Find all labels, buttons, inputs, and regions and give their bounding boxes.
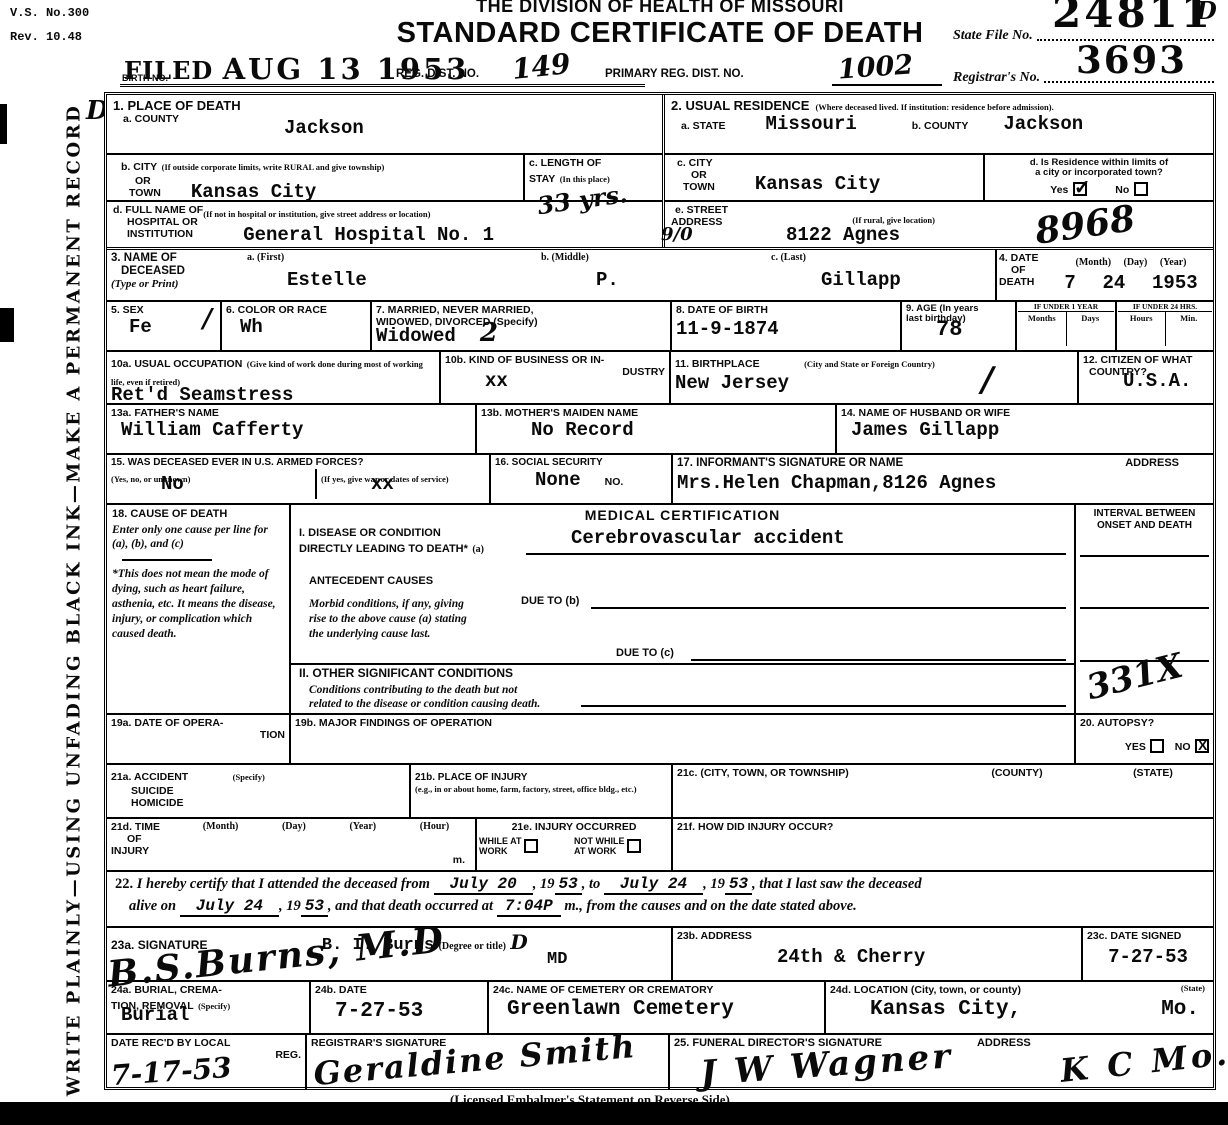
place-injury-label: 21b. PLACE OF INJURY [415, 772, 527, 783]
box-18-interval: INTERVAL BETWEEN ONSET AND DEATH 331X [1076, 505, 1213, 713]
under1yr-header: IF UNDER 1 YEAR [1018, 303, 1114, 311]
certify-19a: , 19 [533, 876, 555, 892]
cemetery-value: Greenlawn Cemetery [507, 998, 820, 1021]
occupation-value: Ret'd Seamstress [111, 384, 435, 406]
city-value: Kansas City [191, 181, 316, 203]
certify-time: 7:04P [497, 897, 561, 917]
box-19b-findings: 19b. MAJOR FINDINGS OF OPERATION [291, 715, 1076, 763]
filed-underline [120, 84, 645, 87]
race-value: Wh [240, 316, 366, 338]
box-11-birthplace: 11. BIRTHPLACE (City and State or Foreig… [671, 352, 1079, 403]
box-21d-time-of-injury: 21d. TIME OF INJURY (Month) (Day) (Year)… [107, 819, 477, 870]
certify-to-date: July 24 [604, 875, 703, 895]
state-label: a. STATE [681, 120, 726, 132]
res-city-label: c. CITY [677, 157, 977, 169]
while-at-work-label2: WORK [479, 846, 508, 856]
sex-hand-mark: / [203, 304, 213, 334]
reg-dist-value: 149 [510, 47, 572, 86]
spouse-label: 14. NAME OF HUSBAND OR WIFE [841, 407, 1209, 419]
accident-note: (Specify) [233, 772, 265, 782]
box-1a-county: 1. PLACE OF DEATH a. COUNTY Jackson [107, 95, 662, 155]
box-23a-signature: 23a. SIGNATURE B. I. Burns (Degree or ti… [107, 928, 673, 980]
injury-year-label: (Year) [349, 821, 376, 857]
morbid-note1: Morbid conditions, if any, giving [309, 598, 464, 610]
dod-year-label: (Year) [1160, 257, 1187, 268]
dod-year-value: 1953 [1152, 272, 1198, 294]
limits-yes-mark: ✓ [1074, 175, 1091, 199]
certify-text-6: m., from the causes and on the date stat… [564, 898, 856, 914]
certify-text-3: , that I last saw the deceased [752, 876, 922, 892]
box-6-race: 6. COLOR OR RACE Wh [222, 302, 372, 350]
reg-dist-label: REG. DIST. NO. [396, 68, 479, 81]
mother-label: 13b. MOTHER'S MAIDEN NAME [481, 407, 831, 419]
injury-state-label: (STATE) [1097, 767, 1209, 815]
certify-19b: , 19 [703, 876, 725, 892]
box-1b-city: b. CITY (If outside corporate limits, wr… [107, 155, 525, 200]
injury-day-label: (Day) [282, 821, 306, 857]
death-certificate-scan: V.S. No.300 Rev. 10.48 WRITE PLAINLY—USI… [0, 0, 1228, 1125]
dod-day-label: (Day) [1124, 257, 1148, 268]
months-header: Months [1018, 312, 1067, 346]
autopsy-no-checkbox: X [1195, 739, 1209, 753]
box-23b-address: 23b. ADDRESS 24th & Cherry [673, 928, 1083, 980]
box-21b-place-of-injury: 21b. PLACE OF INJURY (e.g., in or about … [411, 765, 673, 817]
physician-md: MD [547, 950, 567, 969]
dod-title3: DEATH [999, 276, 1051, 288]
box-4-date-of-death: 4. DATE OF DEATH (Month) (Day) (Year) 7 … [997, 250, 1213, 300]
accident-label2: SUICIDE [131, 785, 405, 797]
cause-a-line [526, 553, 1066, 555]
occupation-label: 10a. USUAL OCCUPATION [111, 358, 242, 370]
box-10a-occupation: 10a. USUAL OCCUPATION (Give kind of work… [107, 352, 441, 403]
limits-yes-checkbox: ✓ [1073, 182, 1087, 196]
box-20-autopsy: 20. AUTOPSY? YES NO X [1076, 715, 1213, 763]
dob-label: 8. DATE OF BIRTH [676, 304, 896, 316]
box-10b-industry: 10b. KIND OF BUSINESS OR IN- DUSTRY xx [441, 352, 671, 403]
box-21e-injury-occurred: 21e. INJURY OCCURRED WHILE ATWORK NOT WH… [477, 819, 673, 870]
interval-line-a [1080, 555, 1209, 557]
due-to-b-label: DUE TO (b) [521, 595, 579, 608]
certify-year-1: 53 [555, 875, 582, 895]
res-county-value: Jackson [1003, 113, 1083, 135]
box-24b-burial-date: 24b. DATE 7-27-53 [311, 982, 489, 1033]
state-file-label: State File No. [953, 28, 1033, 44]
first-name-value: Estelle [287, 269, 533, 291]
time-injury-label3: INJURY [111, 845, 181, 857]
registrar-no-row: Registrar's No. [953, 70, 1216, 86]
certify-number: 22. [115, 876, 133, 892]
certify-from-date: July 20 [434, 875, 533, 895]
row-sex-age: 5. SEX Fe / 6. COLOR OR RACE Wh 7. MARRI… [107, 302, 1213, 352]
section-ii-divider [291, 663, 1076, 665]
informant-value: Mrs.Helen Chapman,8126 Agnes [677, 472, 1209, 494]
date-received-value: 7-17-53 [110, 1051, 233, 1092]
cause-note1: Enter only one cause per line for (a), (… [112, 523, 284, 552]
physician-address-value: 24th & Cherry [777, 946, 1077, 968]
spouse-value: James Gillapp [851, 419, 1209, 441]
operation-date-label1: 19a. DATE OF OPERA- [111, 717, 285, 729]
physician-address-label: 23b. ADDRESS [677, 930, 1077, 942]
burial-state-label: (State) [1181, 984, 1205, 996]
other-conditions-note: Conditions contributing to the death but… [309, 683, 540, 712]
ssn-label: 16. SOCIAL SECURITY [495, 457, 603, 469]
injury-occurred-label: 21e. INJURY OCCURRED [479, 821, 669, 833]
row-name-deceased: 3. NAME OF DECEASED (Type or Print) a. (… [107, 250, 1213, 302]
certify-text-4: alive on [129, 898, 176, 914]
handwritten-mark-right: D [1196, 0, 1217, 25]
while-at-work-label1: WHILE AT [479, 836, 522, 846]
box-registrar-signature: REGISTRAR'S SIGNATURE Geraldine Smith [307, 1035, 670, 1090]
dod-month-label: (Month) [1075, 257, 1111, 268]
certify-alive-date: July 24 [180, 897, 279, 917]
box-2cd: c. CITY OR TOWN Kansas City d. Is Reside… [665, 155, 1213, 202]
cause-note2: *This does not mean the mode of dying, s… [112, 567, 284, 642]
medical-cert-title: MEDICAL CERTIFICATION [291, 507, 1074, 523]
cause-of-death-label: 18. CAUSE OF DEATH [112, 508, 284, 521]
row-medical-certification: 18. CAUSE OF DEATH Enter only one cause … [107, 505, 1213, 715]
box-2-usual-residence: 2. USUAL RESIDENCE (Where deceased lived… [665, 95, 1213, 247]
certify-year-2: 53 [725, 875, 752, 895]
operation-date-label2: TION [111, 729, 285, 741]
box-18-cause-notes: 18. CAUSE OF DEATH Enter only one cause … [107, 505, 291, 713]
certify-text-5: , and that death occurred at [328, 898, 493, 914]
box-1-place-of-death: 1. PLACE OF DEATH a. COUNTY Jackson b. C… [107, 95, 665, 247]
box-13a-father: 13a. FATHER'S NAME William Cafferty [107, 405, 477, 453]
armed-forces-label: 15. WAS DECEASED EVER IN U.S. ARMED FORC… [111, 457, 485, 469]
certify-19c: , 19 [279, 898, 301, 914]
box-25-funeral-director: 25. FUNERAL DIRECTOR'S SIGNATURE ADDRESS… [670, 1035, 1213, 1090]
document-title: STANDARD CERTIFICATE OF DEATH [390, 17, 930, 50]
box-2c-city: c. CITY OR TOWN Kansas City [665, 155, 985, 200]
box-24a-burial: 24a. BURIAL, CREMA- TION, REMOVAL (Speci… [107, 982, 311, 1033]
race-label: 6. COLOR OR RACE [226, 304, 366, 316]
box-23c-date-signed: 23c. DATE SIGNED 7-27-53 [1083, 928, 1213, 980]
limits-no-checkbox [1134, 182, 1148, 196]
not-while-label1: NOT WHILE [574, 836, 625, 846]
other-note1: Conditions contributing to the death but… [309, 684, 517, 696]
morbid-note2: rise to the above cause (a) stating [309, 613, 467, 625]
box-1c-length-of-stay: c. LENGTH OF STAY (In this place) 33 yrs… [525, 155, 662, 200]
autopsy-yes-label: YES [1125, 741, 1146, 753]
time-injury-label2: OF [127, 833, 181, 845]
injury-hour-label: (Hour) [420, 821, 449, 857]
handwritten-street-mark: 9/0 [661, 224, 693, 245]
burial-label1: 24a. BURIAL, CREMA- [111, 984, 305, 996]
last-name-value: Gillapp [821, 269, 991, 291]
scan-artifact [0, 104, 7, 144]
father-label: 13a. FATHER'S NAME [111, 407, 471, 419]
limits-yes-label: Yes [1050, 184, 1068, 196]
primary-reg-label: PRIMARY REG. DIST. NO. [605, 68, 744, 81]
certify-year-3: 53 [301, 897, 328, 917]
time-injury-label1: 21d. TIME [111, 821, 181, 833]
row-place-residence: 1. PLACE OF DEATH a. COUNTY Jackson b. C… [107, 95, 1213, 250]
burial-location-value: Kansas City, [870, 998, 1021, 1021]
form-revision: Rev. 10.48 [10, 30, 82, 44]
cause-a-value: Cerebrovascular accident [571, 527, 845, 549]
res-city-value: Kansas City [755, 173, 880, 195]
city-label-town: TOWN [129, 187, 161, 203]
interval-title1: INTERVAL BETWEEN [1079, 508, 1210, 520]
res-city-town: TOWN [683, 181, 715, 195]
box-2ab: 2. USUAL RESIDENCE (Where deceased lived… [665, 95, 1213, 155]
box-7-marital: 7. MARRIED, NEVER MARRIED, WIDOWED, DIVO… [372, 302, 672, 350]
other-conditions-line [581, 705, 1066, 707]
row-registrar: DATE REC'D BY LOCAL REG. 7-17-53 REGISTR… [107, 1035, 1213, 1090]
divider [122, 559, 212, 561]
hospital-label2: HOSPITAL OR [127, 216, 203, 228]
box-21f-how: 21f. HOW DID INJURY OCCUR? [673, 819, 1213, 870]
citizen-label1: 12. CITIZEN OF WHAT [1083, 354, 1209, 366]
box-18-medical-cert: MEDICAL CERTIFICATION I. DISEASE OR COND… [291, 505, 1076, 713]
box-9-under-24-hrs: IF UNDER 24 HRS. Hours Min. [1117, 302, 1213, 350]
autopsy-no-mark: X [1198, 737, 1207, 753]
box-21a-accident: 21a. ACCIDENT (Specify) SUICIDE HOMICIDE [107, 765, 411, 817]
degree-hand-mark: D [510, 930, 527, 954]
last-name-label: c. (Last) [771, 252, 991, 263]
row-certify-statement: 22. I hereby certify that I attended the… [107, 872, 1213, 928]
certify-text-1: I hereby certify that I attended the dec… [137, 876, 430, 892]
days-header: Days [1067, 312, 1115, 346]
burial-note: (Specify) [198, 1001, 230, 1011]
place-injury-note: (e.g., in or about home, farm, factory, … [415, 785, 667, 794]
citizen-value: U.S.A. [1123, 370, 1209, 392]
birthplace-value: New Jersey [675, 372, 1073, 394]
box-3c-last: c. (Last) Gillapp [767, 250, 997, 300]
marital-value: Widowed [376, 325, 456, 347]
morbid-note: Morbid conditions, if any, giving rise t… [309, 597, 509, 642]
box-14-spouse: 14. NAME OF HUSBAND OR WIFE James Gillap… [837, 405, 1213, 453]
middle-name-label: b. (Middle) [541, 252, 763, 263]
scan-artifact-bottom-bar [0, 1102, 1228, 1125]
box-24c-cemetery: 24c. NAME OF CEMETERY OR CREMATORY Green… [489, 982, 826, 1033]
county-label: a. COUNTY [123, 113, 179, 139]
dob-value: 11-9-1874 [676, 318, 896, 340]
hospital-label1: d. FULL NAME OF [113, 204, 203, 216]
marital-label1: 7. MARRIED, NEVER MARRIED, [376, 304, 666, 316]
informant-label: 17. INFORMANT'S SIGNATURE OR NAME [677, 457, 903, 470]
dod-day-value: 24 [1102, 272, 1125, 294]
certify-line-1: 22. I hereby certify that I attended the… [115, 876, 1205, 892]
under24-header: IF UNDER 24 HRS. [1118, 303, 1212, 311]
box-2e-street: e. STREET ADDRESS (If rural, give locati… [665, 202, 1213, 250]
filed-word: FILED [124, 56, 213, 85]
stay-label: c. LENGTH OF [529, 157, 658, 169]
disease-label2: DIRECTLY LEADING TO DEATH* [299, 543, 468, 555]
certify-line-2: alive on July 24, 1953, and that death o… [129, 897, 1205, 915]
county-value: Jackson [284, 117, 364, 139]
box-12-citizen: 12. CITIZEN OF WHAT COUNTRY? U.S.A. [1079, 352, 1213, 403]
certify-text-2: , to [582, 876, 601, 892]
burial-state-value: Mo. [1161, 998, 1199, 1021]
informant-address-label: ADDRESS [1125, 457, 1179, 470]
city-label: b. CITY [121, 161, 157, 173]
father-value: William Cafferty [121, 419, 471, 441]
injury-month-label: (Month) [203, 821, 239, 857]
box-3a-first: a. (First) Estelle [243, 250, 537, 300]
box-8-date-of-birth: 8. DATE OF BIRTH 11-9-1874 [672, 302, 902, 350]
due-c-line [691, 659, 1066, 661]
cemetery-label: 24c. NAME OF CEMETERY OR CREMATORY [493, 984, 820, 996]
box-1bc: b. CITY (If outside corporate limits, wr… [107, 155, 662, 202]
box-3-label: 3. NAME OF DECEASED (Type or Print) [107, 250, 243, 300]
age-value: 78 [936, 317, 1011, 342]
box-3b-middle: b. (Middle) P. [537, 250, 767, 300]
city-note: (If outside corporate limits, write RURA… [162, 162, 385, 172]
injury-m-label: m. [453, 854, 465, 866]
other-note2: related to the disease or condition caus… [309, 698, 540, 710]
marital-hand-mark: 2 [480, 318, 498, 348]
box-13b-mother: 13b. MOTHER'S MAIDEN NAME No Record [477, 405, 837, 453]
injury-city-label: 21c. (CITY, TOWN, OR TOWNSHIP) [677, 767, 937, 815]
row-informant: 15. WAS DECEASED EVER IN U.S. ARMED FORC… [107, 455, 1213, 505]
hospital-value: General Hospital No. 1 [243, 224, 494, 246]
box-21c-location: 21c. (CITY, TOWN, OR TOWNSHIP) (COUNTY) … [673, 765, 1213, 817]
box-9-under-1-year: IF UNDER 1 YEAR Months Days [1017, 302, 1117, 350]
box-date-received: DATE REC'D BY LOCAL REG. 7-17-53 [107, 1035, 307, 1090]
due-to-c-label: DUE TO (c) [616, 647, 674, 660]
dod-title1: 4. DATE [999, 252, 1051, 264]
name-title2: DECEASED [121, 265, 239, 278]
how-injury-label: 21f. HOW DID INJURY OCCUR? [677, 821, 1209, 833]
autopsy-yes-checkbox [1150, 739, 1164, 753]
row-parents: 13a. FATHER'S NAME William Cafferty 13b.… [107, 405, 1213, 455]
box-15-armed-forces: 15. WAS DECEASED EVER IN U.S. ARMED FORC… [107, 455, 491, 503]
injury-county-label: (COUNTY) [937, 767, 1097, 815]
box-2-note: (Where deceased lived. If institution: r… [815, 103, 1053, 112]
limits-no-label: No [1115, 184, 1129, 196]
interval-title2: ONSET AND DEATH [1079, 520, 1210, 532]
scan-artifact [0, 308, 14, 342]
form-number: V.S. No.300 [10, 6, 89, 20]
first-name-label: a. (First) [247, 252, 533, 263]
findings-label: 19b. MAJOR FINDINGS OF OPERATION [295, 717, 1070, 729]
burial-date-value: 7-27-53 [335, 1000, 483, 1023]
disease-label-a: (a) [472, 544, 484, 555]
morbid-note3: the underlying cause last. [309, 628, 430, 640]
dotted-rule [1044, 81, 1214, 83]
while-at-work-checkbox [524, 839, 538, 853]
sex-label: 5. SEX [111, 304, 216, 316]
min-header: Min. [1166, 312, 1213, 346]
hospital-note: (If not in hospital or institution, give… [203, 209, 430, 219]
box-2d-limits: d. Is Residence within limits of a city … [985, 155, 1213, 200]
birthplace-hand-mark: / [981, 360, 993, 400]
box-9-age: 9. AGE (In years last birthday) 78 [902, 302, 1017, 350]
date-signed-value: 7-27-53 [1087, 946, 1209, 968]
box-1-title: 1. PLACE OF DEATH [113, 98, 656, 113]
interval-handwritten: 331X [1083, 646, 1187, 708]
accident-label1: 21a. ACCIDENT [111, 771, 188, 783]
accident-label3: HOMICIDE [131, 797, 405, 809]
date-signed-label: 23c. DATE SIGNED [1087, 930, 1209, 942]
primary-underline [832, 84, 942, 86]
name-title3: (Type or Print) [111, 278, 239, 290]
res-county-label: b. COUNTY [912, 120, 969, 132]
primary-reg-value: 1002 [837, 49, 914, 85]
autopsy-label: 20. AUTOPSY? [1080, 717, 1209, 729]
certificate-form: 1. PLACE OF DEATH a. COUNTY Jackson b. C… [104, 92, 1216, 1090]
box-24d-location: 24d. LOCATION (City, town, or county) (S… [826, 982, 1213, 1033]
row-injury-1: 21a. ACCIDENT (Specify) SUICIDE HOMICIDE… [107, 765, 1213, 819]
row-injury-2: 21d. TIME OF INJURY (Month) (Day) (Year)… [107, 819, 1213, 872]
box-19a-date-operation: 19a. DATE OF OPERA- TION [107, 715, 291, 763]
not-while-label2: AT WORK [574, 846, 616, 856]
date-received-label1: DATE REC'D BY LOCAL [111, 1037, 301, 1049]
other-conditions-label: II. OTHER SIGNIFICANT CONDITIONS [299, 667, 513, 681]
hours-header: Hours [1118, 312, 1166, 346]
due-b-line [591, 607, 1066, 609]
row-operation: 19a. DATE OF OPERA- TION 19b. MAJOR FIND… [107, 715, 1213, 765]
industry-label1: 10b. KIND OF BUSINESS OR IN- [445, 354, 665, 366]
burial-date-label: 24b. DATE [315, 984, 483, 996]
burial-location-label: 24d. LOCATION (City, town, or county) [830, 984, 1021, 996]
ssn-no-label: NO. [605, 476, 624, 488]
box-5-sex: 5. SEX Fe / [107, 302, 222, 350]
hospital-label3: INSTITUTION [127, 228, 203, 240]
street-value: 8122 Agnes [786, 224, 1207, 246]
box-17-informant: 17. INFORMANT'S SIGNATURE OR NAME ADDRES… [673, 455, 1213, 503]
ssn-value: None [535, 469, 581, 491]
interval-line-b [1080, 607, 1209, 609]
degree-note: (Degree or title) [439, 941, 506, 952]
row-physician: 23a. SIGNATURE B. I. Burns (Degree or ti… [107, 928, 1213, 982]
antecedent-label: ANTECEDENT CAUSES [309, 575, 433, 588]
registrar-no-label: Registrar's No. [953, 70, 1040, 86]
name-title1: 3. NAME OF [111, 252, 239, 265]
disease-label1: I. DISEASE OR CONDITION [299, 527, 441, 540]
agency-name: THE DIVISION OF HEALTH OF MISSOURI [410, 0, 910, 17]
state-value: Missouri [766, 113, 857, 135]
not-while-checkbox [627, 839, 641, 853]
box-2-title: 2. USUAL RESIDENCE [671, 98, 809, 113]
autopsy-no-label: NO [1175, 741, 1191, 753]
dod-month-value: 7 [1064, 272, 1075, 294]
birthplace-label: 11. BIRTHPLACE [675, 358, 760, 370]
row-burial: 24a. BURIAL, CREMA- TION, REMOVAL (Speci… [107, 982, 1213, 1035]
middle-name-value: P. [596, 269, 763, 291]
box-16-ssn: 16. SOCIAL SECURITY None NO. [491, 455, 673, 503]
margin-instruction-vertical: WRITE PLAINLY—USING UNFADING BLACK INK—M… [64, 104, 85, 1097]
birthplace-note: (City and State or Foreign Country) [804, 359, 935, 369]
mother-value: No Record [531, 419, 831, 441]
limits-label2: a city or incorporated town? [991, 168, 1207, 178]
funeral-address-label: ADDRESS [977, 1037, 1031, 1050]
row-occupation: 10a. USUAL OCCUPATION (Give kind of work… [107, 352, 1213, 405]
dod-title2: OF [1011, 264, 1051, 276]
stay-label2: STAY [529, 173, 555, 185]
